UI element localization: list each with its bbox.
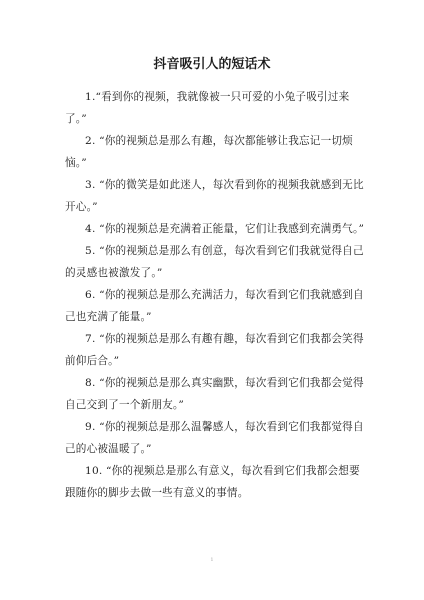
item-text: “你的视频总是那么有创意，每次看到它们我就觉得自己的灵感也被激发了。” (65, 245, 364, 279)
item-number: 9. (85, 421, 96, 433)
document-body: 1.“看到你的视频，我就像被一只可爱的小兔子吸引过来了。” 2. “你的视频总是… (65, 86, 365, 504)
item-text: “你的视频总是那么真实幽默，每次看到它们我都会觉得自己交到了一个新朋友。” (65, 377, 364, 411)
page-number: 1 (0, 557, 424, 563)
item-text: “你的视频总是充满着正能量，它们让我感到充满勇气。” (96, 223, 365, 235)
list-item: 1.“看到你的视频，我就像被一只可爱的小兔子吸引过来了。” (65, 86, 365, 130)
list-item: 6. “你的视频总是那么充满活力，每次看到它们我就感到自己也充满了能量。” (65, 284, 365, 328)
item-text: “你的视频总是那么充满活力，每次看到它们我就感到自己也充满了能量。” (65, 289, 364, 323)
item-text: “你的视频总是那么有意义，每次看到它们我都会想要跟随你的脚步去做一些有意义的事情… (65, 465, 360, 499)
list-item: 7. “你的视频总是那么有趣有趣，每次看到它们我都会笑得前仰后合。” (65, 328, 365, 372)
list-item: 10. “你的视频总是那么有意义，每次看到它们我都会想要跟随你的脚步去做一些有意… (65, 460, 365, 504)
list-item: 3. “你的微笑是如此迷人，每次看到你的视频我就感到无比开心。” (65, 174, 365, 218)
item-number: 8. (85, 377, 96, 389)
item-text: “你的视频总是那么有趣有趣，每次看到它们我都会笑得前仰后合。” (65, 333, 364, 367)
item-text: “你的视频总是那么有趣，每次都能够让我忘记一切烦恼。” (65, 135, 353, 169)
item-text: “你的视频总是那么温馨感人，每次看到它们我都觉得自己的心被温暖了。” (65, 421, 364, 455)
item-text: “看到你的视频，我就像被一只可爱的小兔子吸引过来了。” (65, 91, 349, 125)
item-number: 7. (85, 333, 96, 345)
item-number: 10. (85, 465, 102, 477)
list-item: 8. “你的视频总是那么真实幽默，每次看到它们我都会觉得自己交到了一个新朋友。” (65, 372, 365, 416)
item-number: 2. (85, 135, 96, 147)
list-item: 5. “你的视频总是那么有创意，每次看到它们我就觉得自己的灵感也被激发了。” (65, 240, 365, 284)
item-number: 5. (85, 245, 96, 257)
list-item: 4. “你的视频总是充满着正能量，它们让我感到充满勇气。” (65, 218, 365, 240)
item-number: 6. (85, 289, 96, 301)
list-item: 9. “你的视频总是那么温馨感人，每次看到它们我都觉得自己的心被温暖了。” (65, 416, 365, 460)
item-number: 1. (85, 91, 96, 103)
list-item: 2. “你的视频总是那么有趣，每次都能够让我忘记一切烦恼。” (65, 130, 365, 174)
document-title: 抖音吸引人的短话术 (0, 53, 424, 72)
item-number: 4. (85, 223, 96, 235)
item-text: “你的微笑是如此迷人，每次看到你的视频我就感到无比开心。” (65, 179, 364, 213)
item-number: 3. (85, 179, 96, 191)
